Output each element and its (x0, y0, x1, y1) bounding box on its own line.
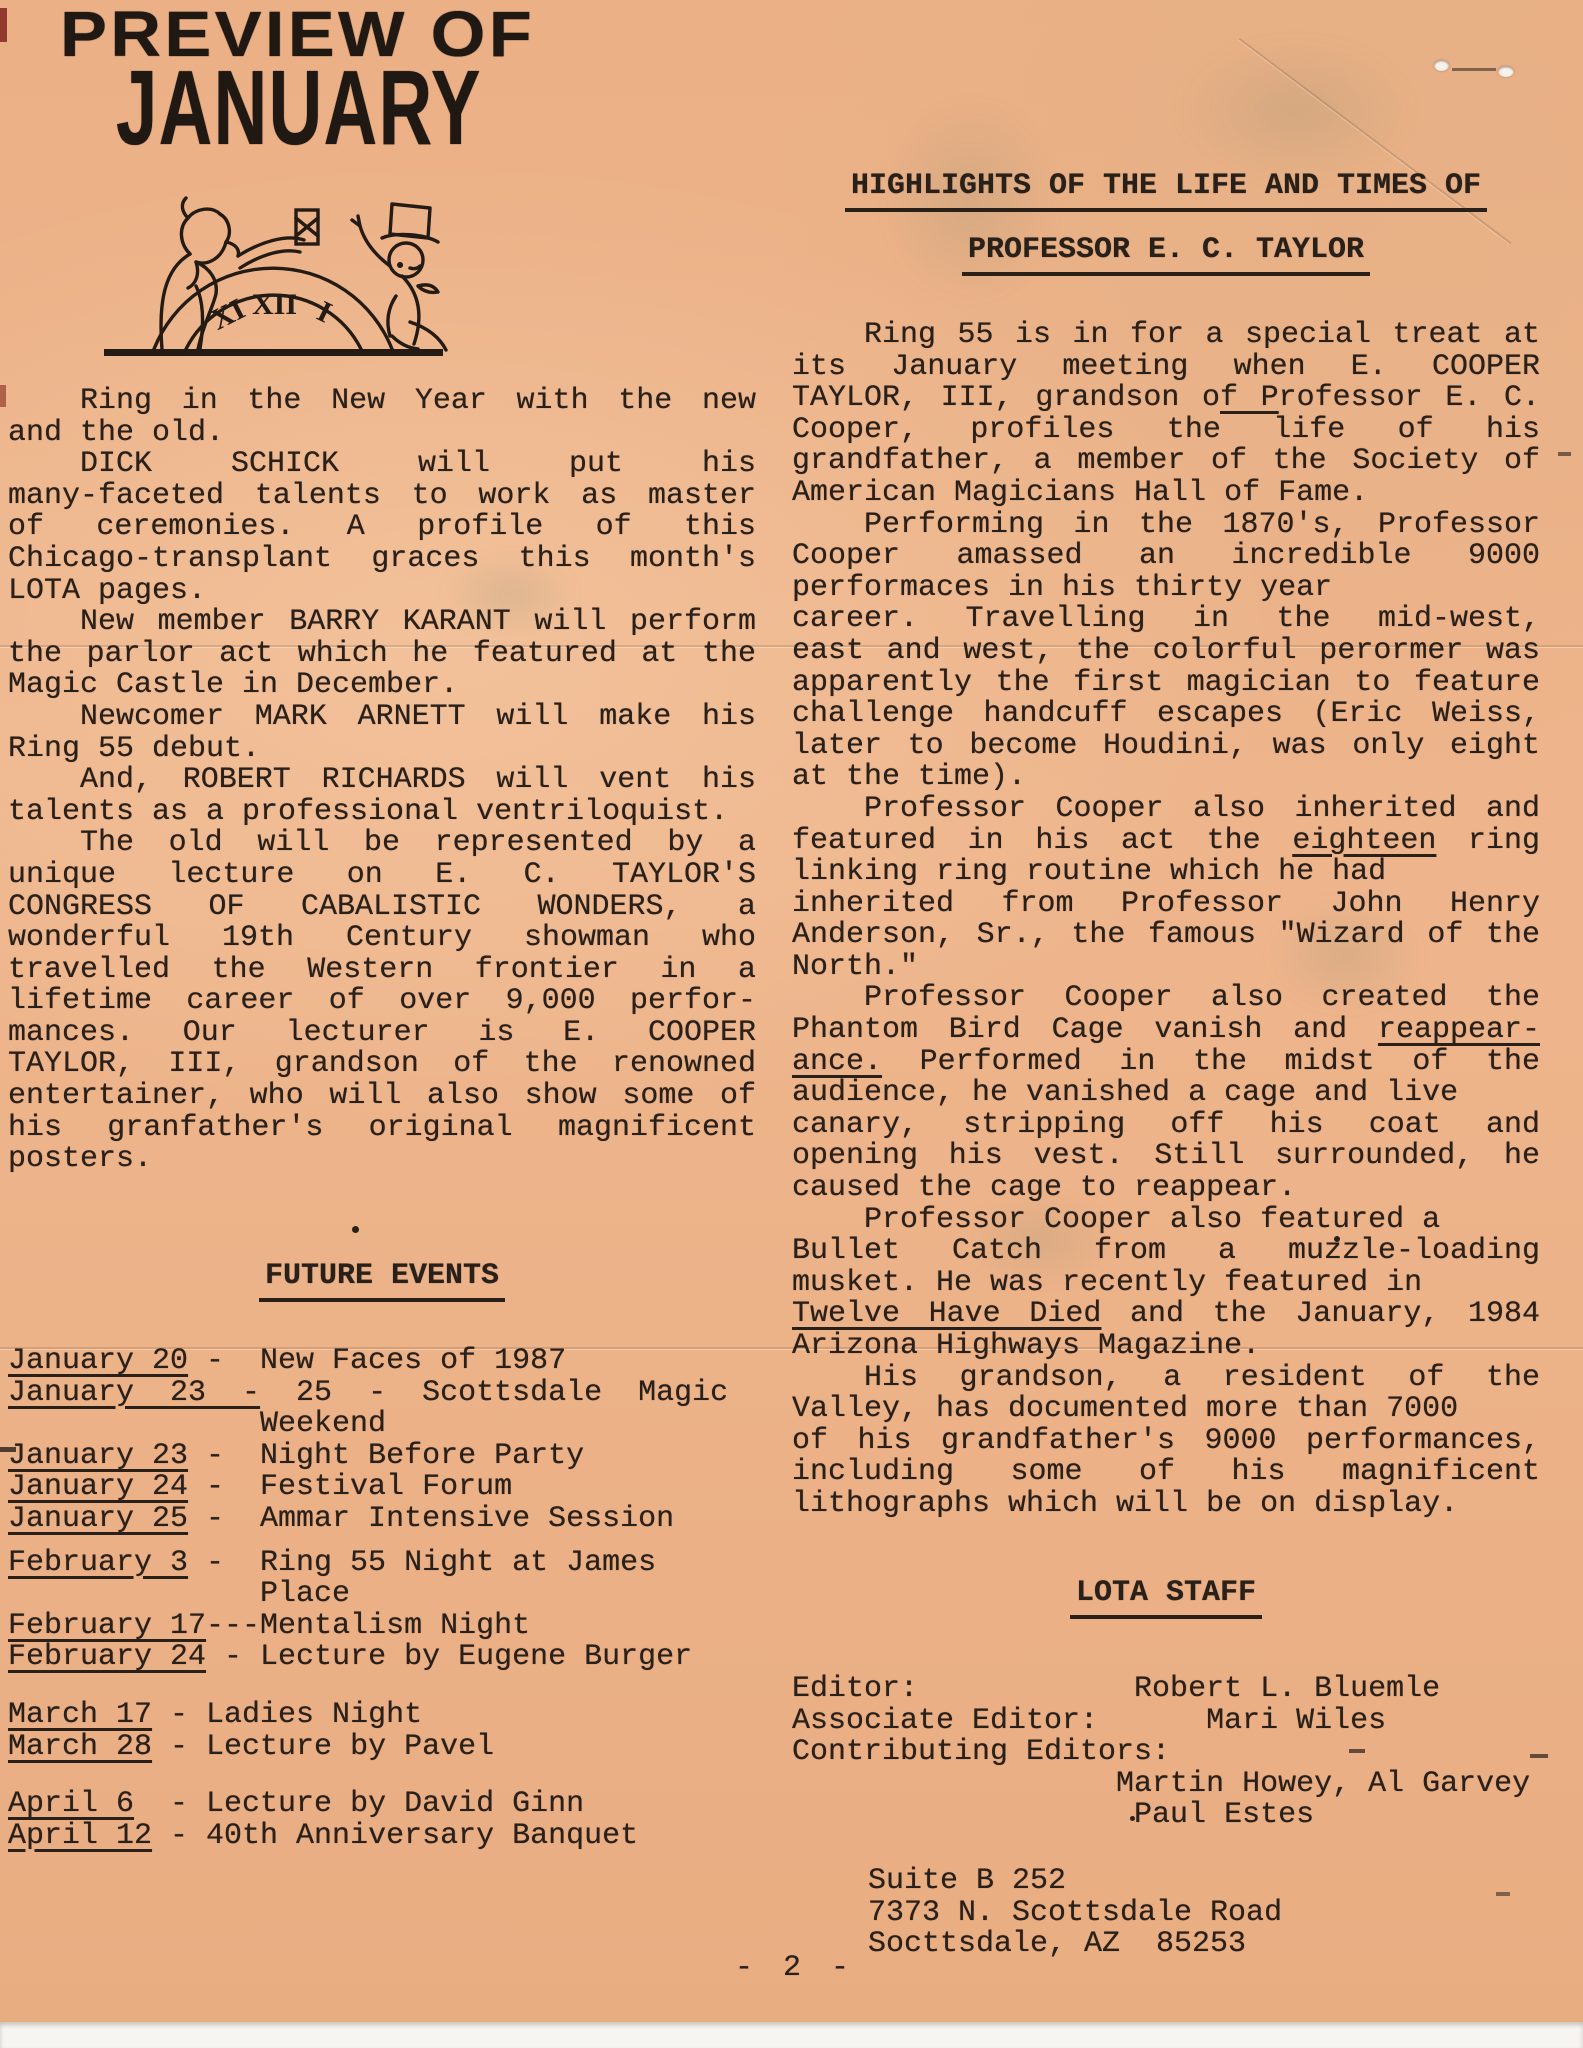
text-line: career. Travelling in the mid-west, (792, 604, 1540, 636)
page-number: - 2 - (735, 1952, 855, 1984)
text-line: his granfather's original magnificent (8, 1113, 756, 1145)
event-item: Weekend (8, 1409, 756, 1441)
text-line: entertainer, who will also show some of (8, 1081, 756, 1113)
address-block: Suite B 2527373 N. Scottsdale RoadSoctts… (868, 1866, 1548, 1961)
ink-dot (352, 1226, 359, 1233)
event-item: January 25 - Ammar Intensive Session (8, 1504, 756, 1536)
event-item: Place (8, 1579, 756, 1611)
event-item: January 23 - 25 - Scottsdale Magic (8, 1378, 756, 1410)
text-line: Magic Castle in December. (8, 670, 756, 702)
future-events-list: January 20 - New Faces of 1987January 23… (8, 1346, 756, 1852)
event-item: January 20 - New Faces of 1987 (8, 1346, 756, 1378)
text-line: Anderson, Sr., the famous "Wizard of the (792, 920, 1540, 952)
staple-hole (1498, 66, 1514, 77)
text-line: apparently the first magician to feature (792, 668, 1540, 700)
event-item: March 28 - Lecture by Pavel (8, 1732, 756, 1764)
text-line: caused the cage to reappear. (792, 1173, 1540, 1205)
article-heading-line1: HIGHLIGHTS OF THE LIFE AND TIMES OF (792, 170, 1540, 202)
text-line: ance. Performed in the midst of the (792, 1047, 1540, 1079)
text-line: mances. Our lecturer is E. COOPER (8, 1018, 756, 1050)
article-heading-line2: PROFESSOR E. C. TAYLOR (792, 234, 1540, 266)
text-line: Professor Cooper also created the (792, 983, 1540, 1015)
scratch-mark (1452, 68, 1496, 71)
text-line: lithographs which will be on display. (792, 1489, 1540, 1521)
text-line: And, ROBERT RICHARDS will vent his (8, 765, 756, 797)
left-column-body: Ring in the New Year with the newand the… (8, 386, 756, 1176)
list-item: Socttsdale, AZ 85253 (868, 1929, 1548, 1961)
list-item: Editor: Robert L. Bluemle (792, 1674, 1540, 1706)
text-line: Professor Cooper also featured a (792, 1205, 1540, 1237)
text-line: and the old. (8, 418, 756, 450)
edge-mark (0, 8, 7, 42)
text-line: Valley, has documented more than 7000 (792, 1394, 1540, 1426)
text-line: The old will be represented by a (8, 828, 756, 860)
text-line: Chicago-transplant graces this month's (8, 544, 756, 576)
text-line: North." (792, 952, 1540, 984)
scan-edge (0, 2022, 1583, 2048)
future-events-heading: FUTURE EVENTS (8, 1260, 756, 1292)
clock-numeral: I (312, 295, 337, 330)
text-line: travelled the Western frontier in a (8, 955, 756, 987)
text-line: of his grandfather's 9000 performances, (792, 1426, 1540, 1458)
staple-hole (1434, 60, 1449, 71)
text-line: linking ring routine which he had (792, 857, 1540, 889)
stray-dash (1558, 452, 1571, 456)
text-line: Ring 55 is in for a special treat at (792, 320, 1540, 352)
text-line: talents as a professional ventriloquist. (8, 797, 756, 829)
text-line: Newcomer MARK ARNETT will make his (8, 702, 756, 734)
text-line: Cooper, profiles the life of his (792, 415, 1540, 447)
clock-numeral: XII (252, 288, 297, 321)
text-line: posters. (8, 1144, 756, 1176)
text-line: New member BARRY KARANT will perform (8, 607, 756, 639)
text-line: unique lecture on E. C. TAYLOR'S (8, 860, 756, 892)
text-line: lifetime career of over 9,000 perfor- (8, 986, 756, 1018)
text-line: performaces in his thirty year (792, 573, 1540, 605)
list-item: Paul Estes (792, 1800, 1540, 1832)
text-line: later to become Houdini, was only eight (792, 731, 1540, 763)
text-line: American Magicians Hall of Fame. (792, 478, 1540, 510)
list-item: Suite B 252 (868, 1866, 1548, 1898)
text-line: DICK SCHICK will put his (8, 449, 756, 481)
new-year-baby-figure (352, 204, 446, 350)
text-line: musket. He was recently featured in (792, 1268, 1540, 1300)
text-line: Performing in the 1870's, Professor (792, 510, 1540, 542)
event-item: February 24 - Lecture by Eugene Burger (8, 1642, 756, 1674)
text-line: LOTA pages. (8, 576, 756, 608)
text-line: its January meeting when E. COOPER (792, 352, 1540, 384)
text-line: canary, stripping off his coat and (792, 1110, 1540, 1142)
text-line: grandfather, a member of the Society of (792, 446, 1540, 478)
text-line: challenge handcuff escapes (Eric Weiss, (792, 699, 1540, 731)
list-item: Contributing Editors: (792, 1737, 1540, 1769)
text-line: the parlor act which he featured at the (8, 639, 756, 671)
text-line: Ring in the New Year with the new (8, 386, 756, 418)
text-line: many-faceted talents to work as master (8, 481, 756, 513)
text-line: wonderful 19th Century showman who (8, 923, 756, 955)
text-line: Ring 55 debut. (8, 734, 756, 766)
text-line: Phantom Bird Cage vanish and reappear- (792, 1015, 1540, 1047)
text-line: His grandson, a resident of the (792, 1363, 1540, 1395)
text-line: Cooper amassed an incredible 9000 (792, 541, 1540, 573)
newsletter-page: PREVIEW OF JANUARY XI XII I (0, 0, 1583, 2048)
text-line: TAYLOR, III, grandson of Professor E. C. (792, 383, 1540, 415)
new-year-clock-illustration: XI XII I (100, 146, 450, 368)
scanned-paper: PREVIEW OF JANUARY XI XII I (0, 0, 1583, 2022)
event-item: April 6 - Lecture by David Ginn (8, 1789, 756, 1821)
text-line: Arizona Highways Magazine. (792, 1331, 1540, 1363)
list-item: Martin Howey, Al Garvey (792, 1769, 1540, 1801)
text-line: east and west, the colorful perormer was (792, 636, 1540, 668)
text-line: opening his vest. Still surrounded, he (792, 1141, 1540, 1173)
event-item: March 17 - Ladies Night (8, 1700, 756, 1732)
text-line: Twelve Have Died and the January, 1984 (792, 1299, 1540, 1331)
list-item: 7373 N. Scottsdale Road (868, 1898, 1548, 1930)
event-item: February 3 - Ring 55 Night at James (8, 1548, 756, 1580)
right-column-body: Ring 55 is in for a special treat atits … (792, 320, 1540, 1521)
text-line: inherited from Professor John Henry (792, 889, 1540, 921)
list-item: Associate Editor: Mari Wiles (792, 1706, 1540, 1738)
event-item: January 23 - Night Before Party (8, 1441, 756, 1473)
staff-list: Editor: Robert L. BluemleAssociate Edito… (792, 1674, 1540, 1832)
text-line: featured in his act the eighteen ring (792, 826, 1540, 858)
event-item: January 24 - Festival Forum (8, 1472, 756, 1504)
staff-heading: LOTA STAFF (792, 1577, 1540, 1609)
text-line: including some of his magnificent (792, 1457, 1540, 1489)
text-line: Professor Cooper also inherited and (792, 794, 1540, 826)
text-line: of ceremonies. A profile of this (8, 512, 756, 544)
text-line: at the time). (792, 762, 1540, 794)
text-line: audience, he vanished a cage and live (792, 1078, 1540, 1110)
edge-mark (0, 385, 6, 407)
text-line: Bullet Catch from a muzzle-loading (792, 1236, 1540, 1268)
page-title-line2: JANUARY (116, 58, 482, 158)
text-line: CONGRESS OF CABALISTIC WONDERS, a (8, 892, 756, 924)
event-item: April 12 - 40th Anniversary Banquet (8, 1821, 756, 1853)
text-line: TAYLOR, III, grandson of the renowned (8, 1049, 756, 1081)
event-item: February 17---Mentalism Night (8, 1611, 756, 1643)
